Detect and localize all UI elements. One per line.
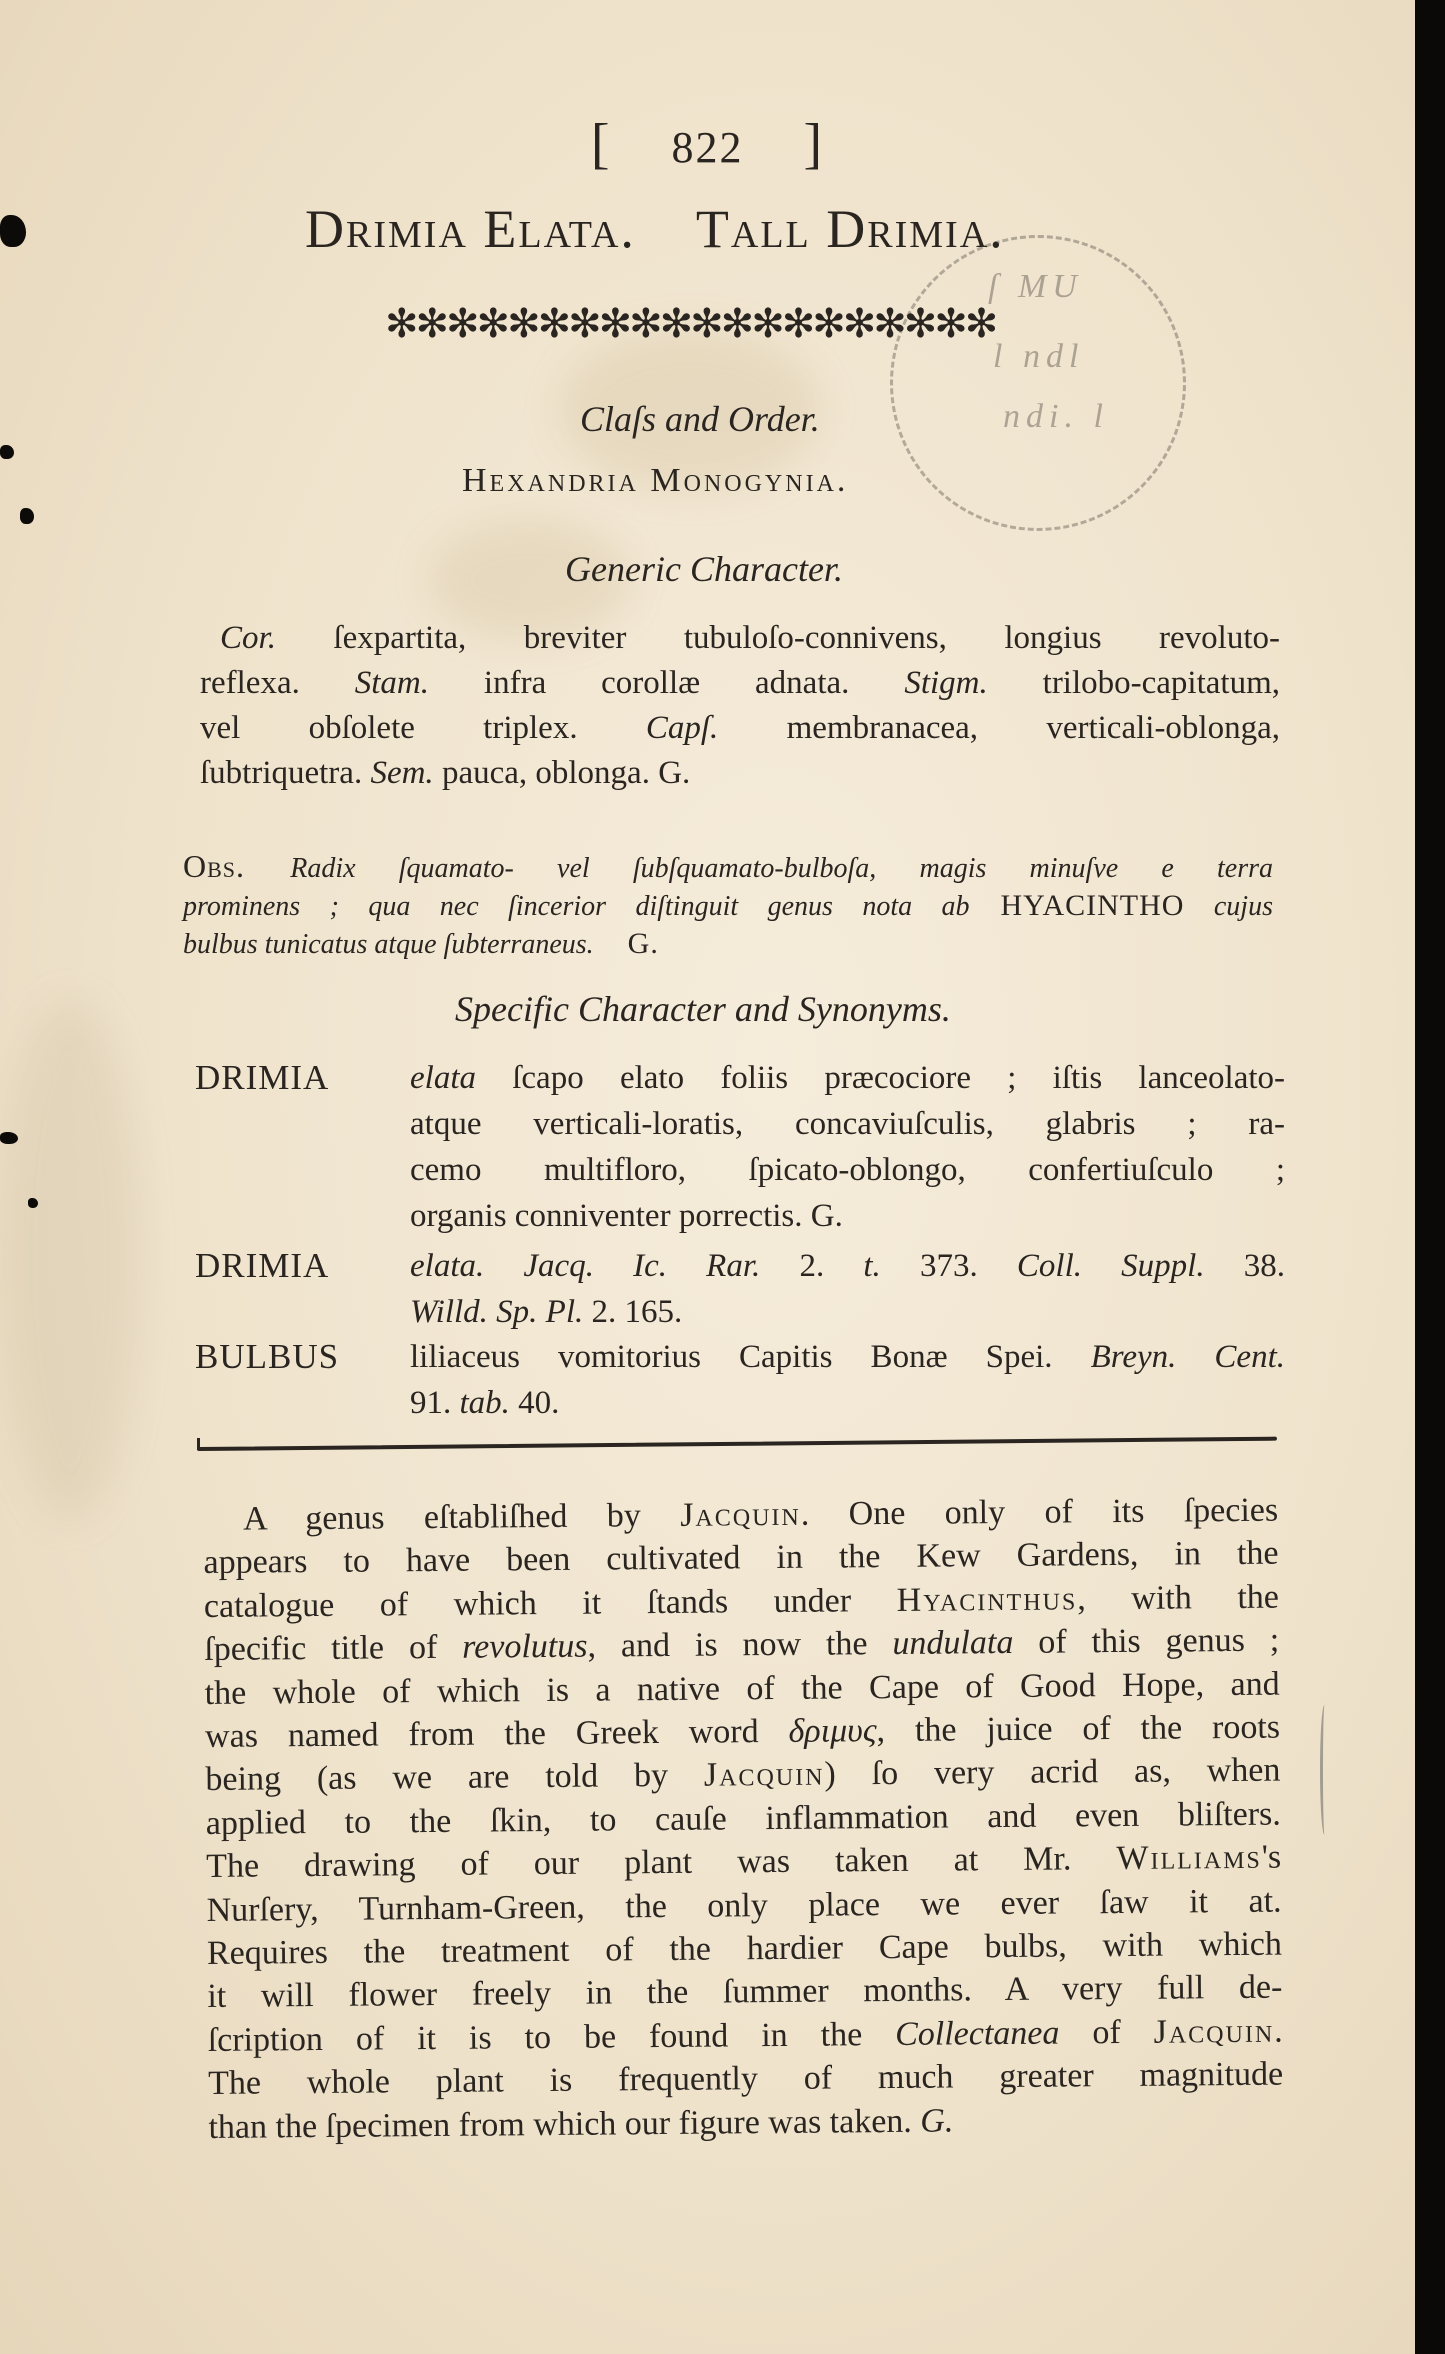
text-run: A genus eſtabliſhed by xyxy=(243,1497,680,1538)
synonym-body: elata. Jacq. Ic. Rar. 2. t. 373. Coll. S… xyxy=(410,1243,1285,1335)
horizontal-rule xyxy=(197,1437,1277,1451)
italic-text: G. xyxy=(920,2102,953,2139)
observation-note: Obs. Radix ſquamato- vel ſubſquamato-bul… xyxy=(183,848,1273,963)
synonym-body: elata ſcapo elato foliis præcociore ; iſ… xyxy=(410,1055,1285,1239)
text-line: elata ſcapo elato foliis præcociore ; iſ… xyxy=(410,1055,1285,1101)
text-run: 's xyxy=(1262,1839,1282,1876)
text-run: reflexa. xyxy=(200,665,355,701)
italic-text: t. xyxy=(863,1248,880,1284)
text-line: Cor. ſexpartita, breviter tubuloſo-conni… xyxy=(200,616,1280,661)
synonym-genus: BULBUS xyxy=(195,1334,339,1380)
text-run: than the ſpecimen from which our figure … xyxy=(208,2102,920,2145)
text-run: 2. xyxy=(760,1248,863,1284)
synonym-genus: DRIMIA xyxy=(195,1055,329,1101)
italic-text: Coll. Suppl. xyxy=(1017,1248,1205,1284)
small-caps-name: Jacquin xyxy=(704,1756,825,1794)
book-page: ſ MU l ndl ndi. l [822] Drimia Elata.Tal… xyxy=(0,0,1415,2354)
text-run: Nurſery, Turnham-Green, the only place w… xyxy=(206,1882,1281,1928)
obs-text: Radix ſquamato- vel ſubſquamato-bulboſa,… xyxy=(290,853,1273,884)
text-run: . One only of its ſpecies xyxy=(801,1492,1279,1533)
text-line: prominens ; qua nec ſincerior diſtinguit… xyxy=(183,887,1273,925)
text-line: ſubtriquetra. Sem. pauca, oblonga. G. xyxy=(200,751,1280,796)
synonym-body: liliaceus vomitorius Capitis Bonæ Spei. … xyxy=(410,1334,1285,1426)
italic-text: Stam. xyxy=(355,665,429,701)
obs-text: prominens ; qua nec ſincerior diſtinguit… xyxy=(183,891,970,922)
text-run: catalogue of which it ſtands under xyxy=(204,1582,897,1625)
title-english: Tall Drimia. xyxy=(696,199,1005,259)
text-run: The drawing of our plant was taken at Mr… xyxy=(206,1840,1117,1885)
synonym-entry: BULBUSliliaceus vomitorius Capitis Bonæ … xyxy=(195,1334,1285,1426)
text-run: , with the xyxy=(1077,1578,1279,1617)
small-caps-name: Hyacinthus xyxy=(897,1580,1078,1619)
description-text: A genus eſtabliſhed by Jacquin. One only… xyxy=(203,1489,1284,2149)
edge-damage xyxy=(0,445,14,459)
text-run: cemo multifloro, ſpicato-oblongo, confer… xyxy=(410,1152,1285,1188)
edge-damage xyxy=(20,508,34,524)
text-run: was named from the Greek word xyxy=(205,1713,789,1755)
text-run: 40. xyxy=(510,1385,560,1421)
author-signature: G. xyxy=(594,927,659,960)
obs-label: Obs. xyxy=(183,848,290,884)
italic-text: Stigm. xyxy=(904,665,987,701)
synonym-entry: DRIMIAelata. Jacq. Ic. Rar. 2. t. 373. C… xyxy=(195,1243,1285,1335)
italic-text: Willd. Sp. Pl. xyxy=(410,1294,583,1330)
ornament-divider: ✻✻✻✻✻✻✻✻✻✻✻✻✻✻✻✻✻✻✻✻ xyxy=(385,300,995,347)
text-run: it will flower freely in the ſummer mont… xyxy=(207,1969,1282,2015)
text-run: 2. 165. xyxy=(583,1294,682,1330)
text-run: applied to the ſkin, to cauſe inflammati… xyxy=(206,1795,1281,1841)
italic-text: Cor. xyxy=(220,620,276,656)
text-run: , and is now the xyxy=(587,1625,892,1665)
text-run: trilobo-capitatum, xyxy=(988,665,1280,701)
text-run: of this genus ; xyxy=(1013,1622,1279,1661)
synonym-entry: DRIMIAelata ſcapo elato foliis præcocior… xyxy=(195,1055,1285,1239)
italic-text: elata. Jacq. Ic. Rar. xyxy=(410,1248,760,1284)
text-run: of xyxy=(1059,2014,1154,2052)
text-line: reflexa. Stam. infra corollæ adnata. Sti… xyxy=(200,661,1280,706)
text-line: than the ſpecimen from which our figure … xyxy=(208,2096,1283,2149)
edge-damage xyxy=(0,215,26,247)
text-run: appears to have been cultivated in the K… xyxy=(203,1535,1278,1581)
text-line: bulbus tunicatus atque ſubterraneus. G. xyxy=(183,925,1273,963)
text-line: atque verticali-loratis, concaviuſculis,… xyxy=(410,1101,1285,1147)
italic-text: δριμυς xyxy=(788,1712,876,1750)
text-run: 373. xyxy=(881,1248,1017,1284)
text-run: being (as we are told by xyxy=(205,1757,704,1798)
genus-reference: HYACINTHO xyxy=(970,889,1185,922)
text-run: 91. xyxy=(410,1385,460,1421)
text-run: ſubtriquetra. xyxy=(200,755,370,791)
text-run: liliaceus vomitorius Capitis Bonæ Spei. xyxy=(410,1339,1091,1375)
text-run: pauca, oblonga. G. xyxy=(434,755,691,791)
italic-text: elata xyxy=(410,1060,476,1096)
generic-character-text: Cor. ſexpartita, breviter tubuloſo-conni… xyxy=(200,616,1280,796)
obs-text: cujus xyxy=(1184,891,1273,922)
text-run: ) ſo very acrid as, when xyxy=(824,1752,1280,1793)
text-run: membranacea, verticali-oblonga, xyxy=(718,710,1280,746)
text-run: atque verticali-loratis, concaviuſculis,… xyxy=(410,1106,1285,1142)
text-line: vel obſolete triplex. Capſ. membranacea,… xyxy=(200,706,1280,751)
page-title: Drimia Elata.Tall Drimia. xyxy=(305,198,1005,260)
text-line: Obs. Radix ſquamato- vel ſubſquamato-bul… xyxy=(183,848,1273,887)
specific-character-heading: Specific Character and Synonyms. xyxy=(455,988,951,1030)
italic-text: Sem. xyxy=(370,755,433,791)
scan-background xyxy=(1415,0,1445,2354)
synonym-genus: DRIMIA xyxy=(195,1243,329,1289)
text-run: 38. xyxy=(1205,1248,1285,1284)
text-line: elata. Jacq. Ic. Rar. 2. t. 373. Coll. S… xyxy=(410,1243,1285,1289)
text-line: liliaceus vomitorius Capitis Bonæ Spei. … xyxy=(410,1334,1285,1380)
text-line: 91. tab. 40. xyxy=(410,1380,1285,1426)
text-line: cemo multifloro, ſpicato-oblongo, confer… xyxy=(410,1147,1285,1193)
italic-text: undulata xyxy=(892,1624,1013,1662)
text-run: Requires the treatment of the hardier Ca… xyxy=(207,1926,1282,1972)
italic-text: Collectanea xyxy=(895,2014,1060,2052)
text-run: the whole of which is a native of the Ca… xyxy=(205,1665,1280,1711)
library-stamp: ſ MU l ndl ndi. l xyxy=(890,235,1186,531)
text-run: ſcapo elato foliis præcociore ; iſtis la… xyxy=(476,1060,1285,1096)
edge-damage xyxy=(0,1132,18,1144)
text-run: vel obſolete triplex. xyxy=(200,710,646,746)
obs-text: bulbus tunicatus atque ſubterraneus. xyxy=(183,929,594,960)
italic-text: revolutus xyxy=(462,1628,588,1666)
generic-character-heading: Generic Character. xyxy=(565,548,843,590)
text-line: organis conniventer porrectis. G. xyxy=(410,1193,1285,1239)
pencil-mark xyxy=(1320,1705,1329,1835)
page-number: [822] xyxy=(0,112,1415,176)
small-caps-name: Jacquin xyxy=(680,1496,801,1534)
text-run: organis conniventer porrectis. G. xyxy=(410,1198,843,1234)
text-run: infra corollæ adnata. xyxy=(429,665,904,701)
title-latin: Drimia Elata. xyxy=(305,199,636,259)
text-run: ſexpartita, breviter tubuloſo-connivens,… xyxy=(276,620,1280,656)
text-line: Willd. Sp. Pl. 2. 165. xyxy=(410,1289,1285,1335)
text-run: , the juice of the roots xyxy=(876,1709,1280,1750)
text-run: . xyxy=(1274,2012,1283,2049)
small-caps-name: Jacquin xyxy=(1153,2013,1274,2051)
class-order-heading: Claſs and Order. xyxy=(580,398,820,440)
italic-text: tab. xyxy=(460,1385,510,1421)
text-run: ſpecific title of xyxy=(204,1629,462,1668)
edge-damage xyxy=(28,1198,38,1208)
italic-text: Capſ. xyxy=(646,710,718,746)
italic-text: Breyn. Cent. xyxy=(1091,1339,1285,1375)
edge-stain xyxy=(0,1000,140,1520)
small-caps-name: Williams xyxy=(1116,1839,1262,1877)
class-order-value: Hexandria Monogynia. xyxy=(462,462,848,500)
text-run: ſcription of it is to be found in the xyxy=(208,2016,896,2059)
text-run: The whole plant is frequently of much gr… xyxy=(208,2056,1283,2102)
